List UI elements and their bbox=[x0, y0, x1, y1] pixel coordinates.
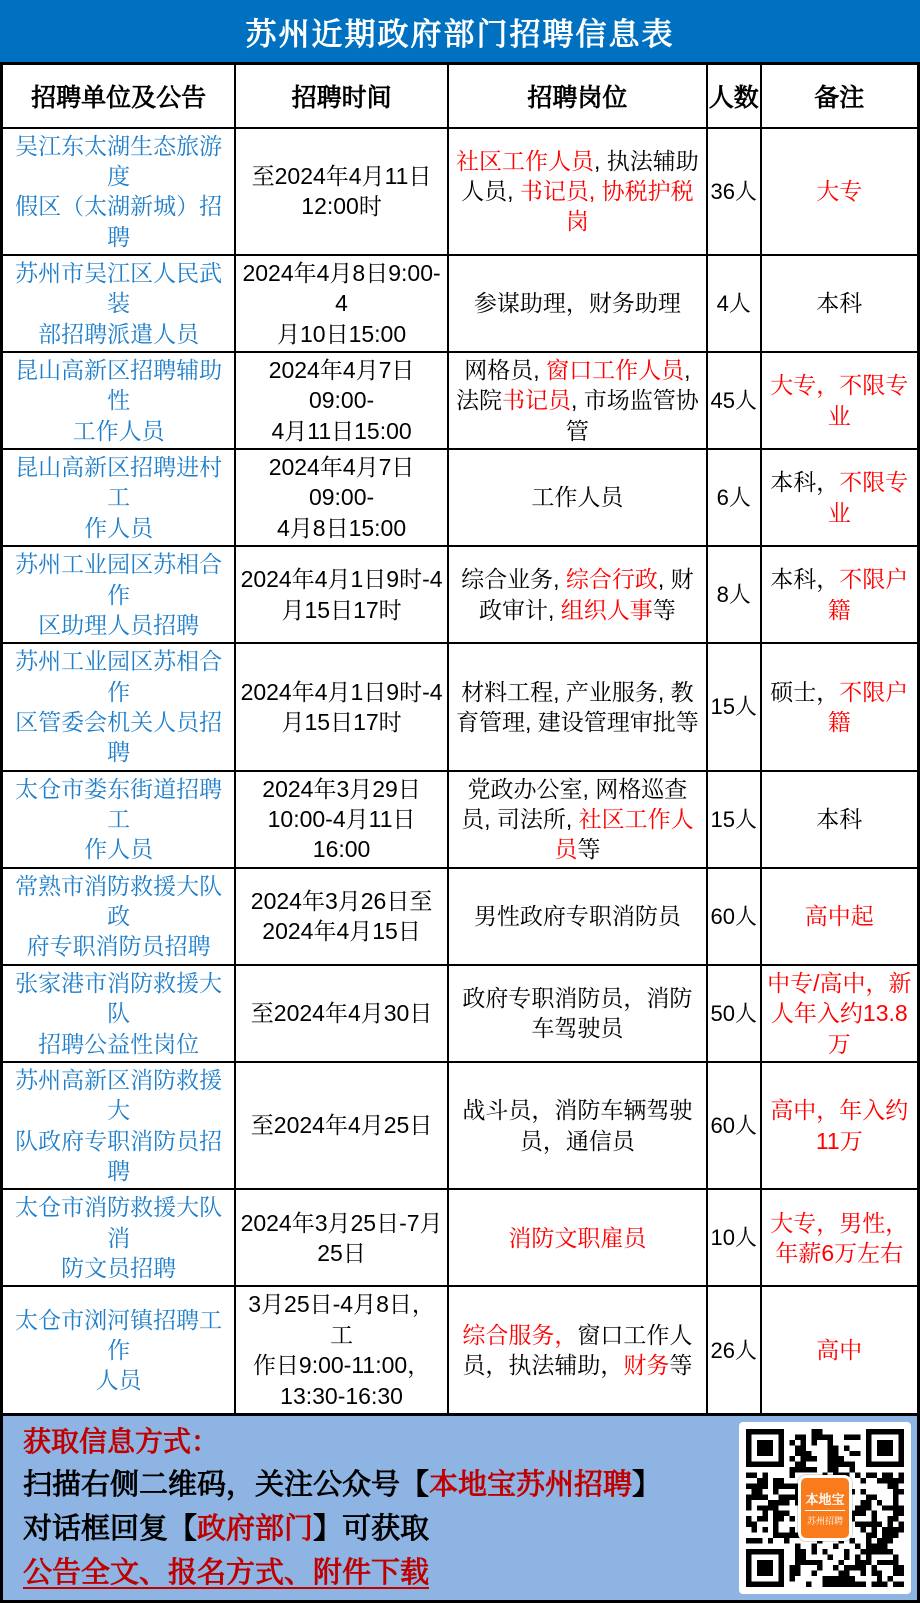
highlighted-text: 大专，不限专业 bbox=[770, 372, 908, 428]
table-row: 太仓市消防救援大队消 防文员招聘2024年3月25日-7月 25日消防文职雇员1… bbox=[2, 1189, 919, 1286]
unit-cell: 苏州高新区消防救援大 队政府专职消防员招聘 bbox=[2, 1062, 236, 1189]
footer-reply-suffix: 可获取 bbox=[342, 1513, 429, 1545]
posts-cell: 工作人员 bbox=[448, 449, 707, 546]
count-cell: 8人 bbox=[707, 546, 761, 643]
count-cell: 10人 bbox=[707, 1189, 761, 1286]
count-cell: 4人 bbox=[707, 255, 761, 352]
note-cell: 本科，不限户籍 bbox=[761, 546, 919, 643]
note-cell: 大专，男性，年薪6万左右 bbox=[761, 1189, 919, 1286]
page-title: 苏州近期政府部门招聘信息表 bbox=[0, 0, 920, 62]
qr-logo-subtitle: 苏州招聘 bbox=[807, 1514, 843, 1527]
highlighted-text: 消防文职雇员 bbox=[508, 1225, 646, 1251]
plain-text: 工作人员 bbox=[531, 484, 623, 510]
highlighted-text: 综合行政 bbox=[566, 566, 658, 592]
highlighted-text: 组织人事 bbox=[561, 597, 653, 623]
header-row: 招聘单位及公告 招聘时间 招聘岗位 人数 备注 bbox=[2, 64, 919, 128]
note-cell: 本科，不限专业 bbox=[761, 449, 919, 546]
plain-text: 网格员, bbox=[464, 357, 546, 383]
note-cell: 高中，年入约11万 bbox=[761, 1062, 919, 1189]
plain-text: 男性政府专职消防员 bbox=[474, 903, 681, 929]
highlighted-text: 高中，年入约11万 bbox=[770, 1097, 908, 1153]
highlighted-text: 大专，男性，年薪6万左右 bbox=[770, 1210, 908, 1266]
highlighted-text: 财务 bbox=[623, 1352, 669, 1378]
highlighted-text: 综合服务， bbox=[462, 1322, 577, 1348]
note-cell: 大专，不限专业 bbox=[761, 352, 919, 449]
posts-cell: 战斗员，消防车辆驾驶员，通信员 bbox=[448, 1062, 707, 1189]
time-cell: 2024年3月29日 10:00-4月11日16:00 bbox=[235, 771, 448, 868]
unit-cell: 常熟市消防救援大队政 府专职消防员招聘 bbox=[2, 868, 236, 965]
highlighted-text: 中专/高中，新人年入约13.8万 bbox=[767, 970, 911, 1057]
posts-cell: 材料工程, 产业服务, 教育管理, 建设管理审批等 bbox=[448, 643, 707, 770]
time-cell: 3月25日-4月8日，工 作日9:00-11:00， 13:30-16:30 bbox=[235, 1286, 448, 1414]
unit-cell: 张家港市消防救援大队 招聘公益性岗位 bbox=[2, 965, 236, 1062]
unit-cell: 昆山高新区招聘辅助性 工作人员 bbox=[2, 352, 236, 449]
table-row: 苏州工业园区苏相合作 区助理人员招聘2024年4月1日9时-4 月15日17时综… bbox=[2, 546, 919, 643]
plain-text: 政府专职消防员，消防车驾驶员 bbox=[462, 985, 692, 1041]
plain-text: 本科 bbox=[816, 290, 862, 316]
official-account-name: 本地宝苏州招聘 bbox=[429, 1469, 632, 1501]
highlighted-text: 窗口工作人员 bbox=[546, 357, 684, 383]
time-cell: 2024年4月1日9时-4 月15日17时 bbox=[235, 546, 448, 643]
time-cell: 2024年4月1日9时-4 月15日17时 bbox=[235, 643, 448, 770]
plain-text: 本科 bbox=[816, 806, 862, 832]
plain-text: 等 bbox=[669, 1352, 692, 1378]
table-row: 昆山高新区招聘辅助性 工作人员2024年4月7日09:00- 4月11日15:0… bbox=[2, 352, 919, 449]
posts-cell: 网格员, 窗口工作人员, 法院书记员, 市场监管协管 bbox=[448, 352, 707, 449]
highlighted-text: 书记员, 协税护税岗 bbox=[520, 178, 694, 234]
qr-logo-title: 本地宝 bbox=[805, 1489, 844, 1511]
note-cell: 中专/高中，新人年入约13.8万 bbox=[761, 965, 919, 1062]
col-header-note: 备注 bbox=[761, 64, 919, 128]
highlighted-text: 书记员 bbox=[502, 387, 571, 413]
unit-cell: 昆山高新区招聘进村工 作人员 bbox=[2, 449, 236, 546]
time-cell: 至2024年4月30日 bbox=[235, 965, 448, 1062]
table-row: 苏州工业园区苏相合作 区管委会机关人员招聘2024年4月1日9时-4 月15日1… bbox=[2, 643, 919, 770]
unit-cell: 苏州工业园区苏相合作 区助理人员招聘 bbox=[2, 546, 236, 643]
count-cell: 36人 bbox=[707, 128, 761, 255]
count-cell: 26人 bbox=[707, 1286, 761, 1414]
bracket-close: 】 bbox=[313, 1513, 342, 1545]
count-cell: 15人 bbox=[707, 771, 761, 868]
table-row: 太仓市娄东街道招聘工 作人员2024年3月29日 10:00-4月11日16:0… bbox=[2, 771, 919, 868]
posts-cell: 综合业务, 综合行政, 财政审计, 组织人事等 bbox=[448, 546, 707, 643]
posts-cell: 党政办公室, 网格巡查员, 司法所, 社区工作人员等 bbox=[448, 771, 707, 868]
posts-cell: 综合服务，窗口工作人员，执法辅助，财务等 bbox=[448, 1286, 707, 1414]
posts-cell: 参谋助理，财务助理 bbox=[448, 255, 707, 352]
col-header-posts: 招聘岗位 bbox=[448, 64, 707, 128]
time-cell: 2024年3月25日-7月 25日 bbox=[235, 1189, 448, 1286]
count-cell: 45人 bbox=[707, 352, 761, 449]
note-cell: 大专 bbox=[761, 128, 919, 255]
footer-text-block: 获取信息方式： 扫描右侧二维码，关注公众号【本地宝苏州招聘】 对话框回复【政府部… bbox=[23, 1422, 729, 1594]
col-header-unit: 招聘单位及公告 bbox=[2, 64, 236, 128]
footer-link[interactable]: 公告全文、报名方式、附件下载 bbox=[23, 1552, 729, 1594]
footer-heading: 获取信息方式： bbox=[23, 1422, 729, 1462]
unit-cell: 太仓市浏河镇招聘工作 人员 bbox=[2, 1286, 236, 1414]
plain-text: 综合业务, bbox=[461, 566, 566, 592]
plain-text: 材料工程, 产业服务, 教育管理, 建设管理审批等 bbox=[456, 679, 699, 735]
posts-cell: 消防文职雇员 bbox=[448, 1189, 707, 1286]
footer-line-scan: 扫描右侧二维码，关注公众号【本地宝苏州招聘】 bbox=[23, 1464, 729, 1506]
note-cell: 本科 bbox=[761, 255, 919, 352]
time-cell: 2024年3月26日至 2024年4月15日 bbox=[235, 868, 448, 965]
col-header-time: 招聘时间 bbox=[235, 64, 448, 128]
posts-cell: 社区工作人员, 执法辅助人员, 书记员, 协税护税岗 bbox=[448, 128, 707, 255]
col-header-count: 人数 bbox=[707, 64, 761, 128]
plain-text: 等 bbox=[653, 597, 676, 623]
plain-text: 参谋助理，财务助理 bbox=[474, 290, 681, 316]
posts-cell: 男性政府专职消防员 bbox=[448, 868, 707, 965]
qr-code: 本地宝 苏州招聘 bbox=[739, 1422, 911, 1594]
bracket-close: 】 bbox=[632, 1469, 661, 1501]
time-cell: 2024年4月7日09:00- 4月11日15:00 bbox=[235, 352, 448, 449]
footer-reply-text: 对话框回复 bbox=[23, 1513, 168, 1545]
bracket-open: 【 bbox=[168, 1513, 197, 1545]
highlighted-text: 大专 bbox=[816, 178, 862, 204]
footer-scan-text: 扫描右侧二维码，关注公众号 bbox=[23, 1469, 400, 1501]
recruitment-table: 招聘单位及公告 招聘时间 招聘岗位 人数 备注 吴江东太湖生态旅游度 假区（太湖… bbox=[0, 62, 920, 1416]
plain-text: 硕士， bbox=[770, 679, 839, 705]
footer: 获取信息方式： 扫描右侧二维码，关注公众号【本地宝苏州招聘】 对话框回复【政府部… bbox=[0, 1416, 920, 1603]
unit-cell: 太仓市消防救援大队消 防文员招聘 bbox=[2, 1189, 236, 1286]
highlighted-text: 社区工作人员 bbox=[456, 148, 594, 174]
highlighted-text: 不限户籍 bbox=[828, 566, 909, 622]
count-cell: 15人 bbox=[707, 643, 761, 770]
note-cell: 本科 bbox=[761, 771, 919, 868]
highlighted-text: 不限专业 bbox=[828, 469, 909, 525]
time-cell: 至2024年4月25日 bbox=[235, 1062, 448, 1189]
count-cell: 50人 bbox=[707, 965, 761, 1062]
plain-text: 本科， bbox=[770, 469, 839, 495]
table-row: 太仓市浏河镇招聘工作 人员3月25日-4月8日，工 作日9:00-11:00， … bbox=[2, 1286, 919, 1414]
plain-text: 战斗员，消防车辆驾驶员，通信员 bbox=[462, 1097, 692, 1153]
unit-cell: 吴江东太湖生态旅游度 假区（太湖新城）招聘 bbox=[2, 128, 236, 255]
time-cell: 至2024年4月11日 12:00时 bbox=[235, 128, 448, 255]
reply-keyword: 政府部门 bbox=[197, 1513, 313, 1545]
recruitment-info-sheet: 苏州近期政府部门招聘信息表 招聘单位及公告 招聘时间 招聘岗位 人数 备注 吴江… bbox=[0, 0, 920, 1262]
plain-text: , 市场监管协管 bbox=[566, 387, 699, 443]
count-cell: 6人 bbox=[707, 449, 761, 546]
unit-cell: 太仓市娄东街道招聘工 作人员 bbox=[2, 771, 236, 868]
bracket-open: 【 bbox=[400, 1469, 429, 1501]
footer-line-reply: 对话框回复【政府部门】可获取 bbox=[23, 1508, 729, 1550]
qr-center-logo: 本地宝 苏州招聘 bbox=[798, 1475, 852, 1541]
unit-cell: 苏州工业园区苏相合作 区管委会机关人员招聘 bbox=[2, 643, 236, 770]
table-row: 苏州市吴江区人民武装 部招聘派遣人员2024年4月8日9:00-4 月10日15… bbox=[2, 255, 919, 352]
note-cell: 硕士，不限户籍 bbox=[761, 643, 919, 770]
unit-cell: 苏州市吴江区人民武装 部招聘派遣人员 bbox=[2, 255, 236, 352]
count-cell: 60人 bbox=[707, 1062, 761, 1189]
plain-text: 本科， bbox=[770, 566, 839, 592]
note-cell: 高中起 bbox=[761, 868, 919, 965]
highlighted-text: 高中 bbox=[816, 1337, 862, 1363]
table-row: 昆山高新区招聘进村工 作人员2024年4月7日09:00- 4月8日15:00工… bbox=[2, 449, 919, 546]
table-row: 常熟市消防救援大队政 府专职消防员招聘2024年3月26日至 2024年4月15… bbox=[2, 868, 919, 965]
posts-cell: 政府专职消防员，消防车驾驶员 bbox=[448, 965, 707, 1062]
count-cell: 60人 bbox=[707, 868, 761, 965]
note-cell: 高中 bbox=[761, 1286, 919, 1414]
highlighted-text: 高中起 bbox=[805, 903, 874, 929]
table-row: 苏州高新区消防救援大 队政府专职消防员招聘至2024年4月25日战斗员，消防车辆… bbox=[2, 1062, 919, 1189]
plain-text: 等 bbox=[577, 836, 600, 862]
time-cell: 2024年4月8日9:00-4 月10日15:00 bbox=[235, 255, 448, 352]
table-row: 吴江东太湖生态旅游度 假区（太湖新城）招聘至2024年4月11日 12:00时社… bbox=[2, 128, 919, 255]
highlighted-text: 不限户籍 bbox=[828, 679, 909, 735]
table-row: 张家港市消防救援大队 招聘公益性岗位至2024年4月30日政府专职消防员，消防车… bbox=[2, 965, 919, 1062]
time-cell: 2024年4月7日09:00- 4月8日15:00 bbox=[235, 449, 448, 546]
